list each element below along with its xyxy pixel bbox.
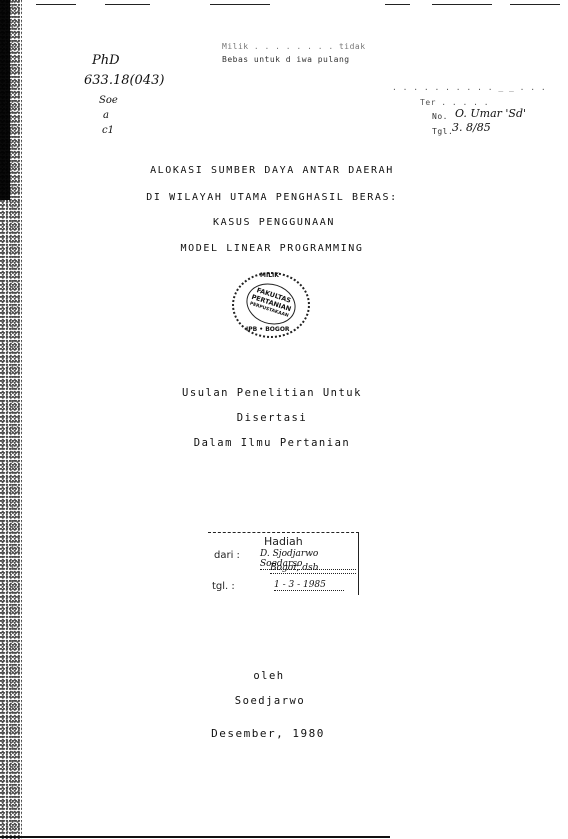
faint-header-line: Bebas untuk d iwa pulang: [222, 55, 350, 64]
gift-date-label: tgl. :: [212, 581, 235, 592]
library-date-label: Tgl.: [432, 127, 453, 136]
catalog-note-line: c1: [102, 126, 114, 136]
library-received-value: O. Umar 'Sd': [455, 108, 526, 119]
gift-from-label: dari :: [214, 550, 240, 561]
catalog-note-line: Soe: [99, 96, 118, 106]
library-note-line: Ter . . . . .: [420, 98, 489, 107]
catalog-note-line: PhD: [92, 54, 120, 67]
faculty-stamp: MILIK FAKULTAS PERTANIAN PERPUSTAKAAN IP…: [232, 272, 310, 338]
title-line: KASUS PENGGUNAAN: [0, 217, 558, 228]
library-note-line: . . . . . . . . . . _ _ . . .: [392, 83, 546, 92]
proposal-line: Disertasi: [0, 412, 556, 424]
scan-border-top: [510, 4, 560, 5]
scan-border-top: [385, 4, 410, 5]
title-line: DI WILAYAH UTAMA PENGHASIL BERAS:: [0, 192, 556, 203]
title-line: ALOKASI SUMBER DAYA ANTAR DAERAH: [0, 165, 556, 176]
title-line: MODEL LINEAR PROGRAMMING: [0, 243, 556, 254]
stamp-center: FAKULTAS PERTANIAN PERPUSTAKAAN: [241, 277, 301, 330]
proposal-line: Usulan Penelitian Untuk: [0, 387, 556, 399]
faint-header-line: Milik . . . . . . . . tidak: [222, 42, 366, 51]
stamp-top-text: MILIK: [260, 272, 279, 279]
scan-border-top: [210, 4, 270, 5]
library-date-value: 3. 8/85: [452, 122, 491, 133]
gift-date-value: 1 - 3 - 1985: [274, 580, 344, 591]
scan-border-top: [36, 4, 76, 5]
scan-border-top: [105, 4, 150, 5]
library-received-label: No.: [432, 112, 448, 121]
document-date: Desember, 1980: [0, 727, 552, 740]
catalog-note-line: 633.18(043): [84, 74, 164, 87]
author-name: Soedjarwo: [0, 695, 554, 707]
stamp-ring-text: IPB • BOGOR: [246, 326, 290, 333]
catalog-note-line: a: [103, 111, 109, 121]
gift-from-value-2: Bogor, dsb: [270, 563, 356, 574]
scan-border-top: [432, 4, 492, 5]
gift-heading: Hadiah: [264, 535, 303, 548]
by-label: oleh: [0, 670, 553, 682]
gift-inscription-box: Hadiah dari : D. Sjodjarwo Soedarso Bogo…: [208, 532, 359, 595]
proposal-line: Dalam Ilmu Pertanian: [0, 437, 556, 449]
scan-border-bottom: [0, 836, 390, 838]
scanned-document-page: PhD 633.18(043) Soe a c1 Milik . . . . .…: [0, 0, 568, 839]
